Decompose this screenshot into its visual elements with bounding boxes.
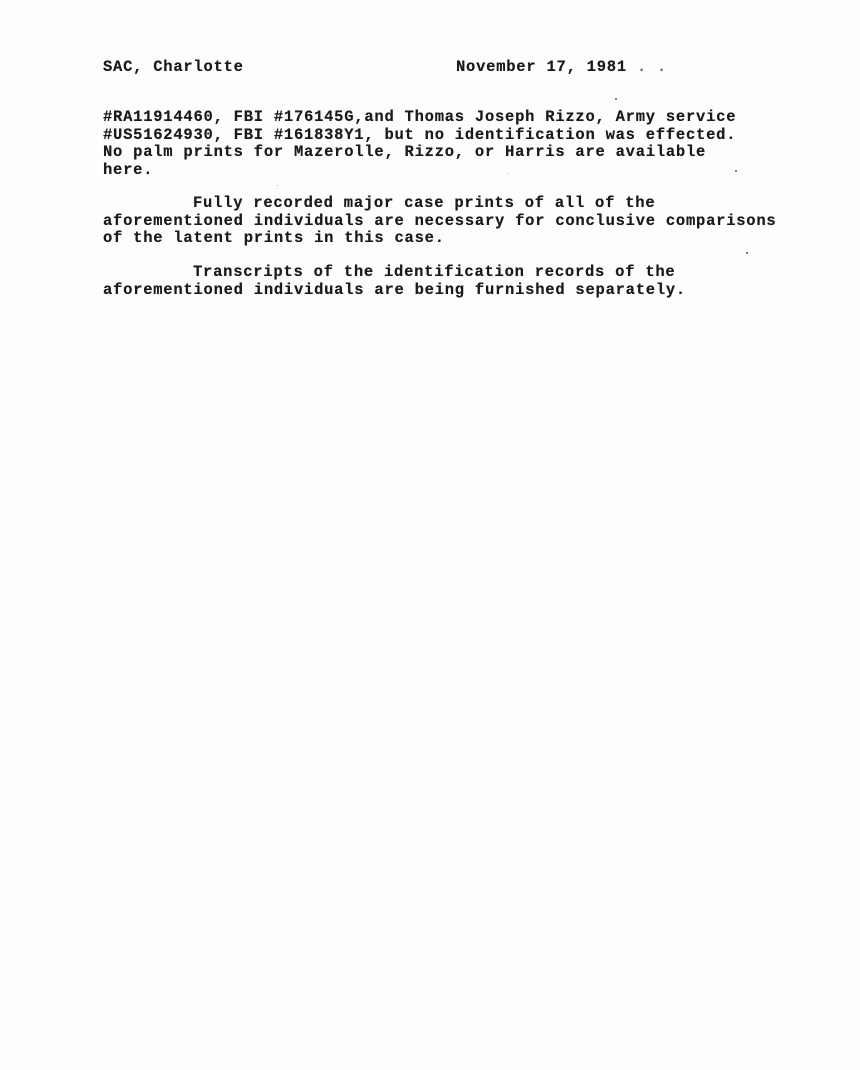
paragraph-line: here. <box>103 162 736 180</box>
paragraph-line: aforementioned individuals are necessary… <box>103 213 776 231</box>
scan-speck <box>277 185 278 186</box>
scan-speck <box>735 170 737 172</box>
paragraph-line: #RA11914460, FBI #176145G,and Thomas Jos… <box>103 109 736 127</box>
paragraph-line: Transcripts of the identification record… <box>103 264 686 282</box>
paragraph-line: of the latent prints in this case. <box>103 230 776 248</box>
scan-speck <box>746 252 748 254</box>
paragraph-major-case-prints: Fully recorded major case prints of all … <box>103 195 776 248</box>
memo-date: November 17, 1981 . . <box>456 59 667 77</box>
scan-speck <box>507 173 508 174</box>
addressee: SAC, Charlotte <box>103 59 244 77</box>
paragraph-line: Fully recorded major case prints of all … <box>103 195 776 213</box>
date-trailing-marks: . . <box>627 58 667 76</box>
paragraph-identification-numbers: #RA11914460, FBI #176145G,and Thomas Jos… <box>103 109 736 179</box>
scan-speck <box>615 98 617 100</box>
paragraph-line: No palm prints for Mazerolle, Rizzo, or … <box>103 144 736 162</box>
paragraph-line: aforementioned individuals are being fur… <box>103 282 686 300</box>
document-page: SAC, Charlotte November 17, 1981 . . #RA… <box>0 0 860 1070</box>
paragraph-transcripts: Transcripts of the identification record… <box>103 264 686 299</box>
date-text: November 17, 1981 <box>456 58 627 76</box>
paragraph-line: #US51624930, FBI #161838Y1, but no ident… <box>103 127 736 145</box>
